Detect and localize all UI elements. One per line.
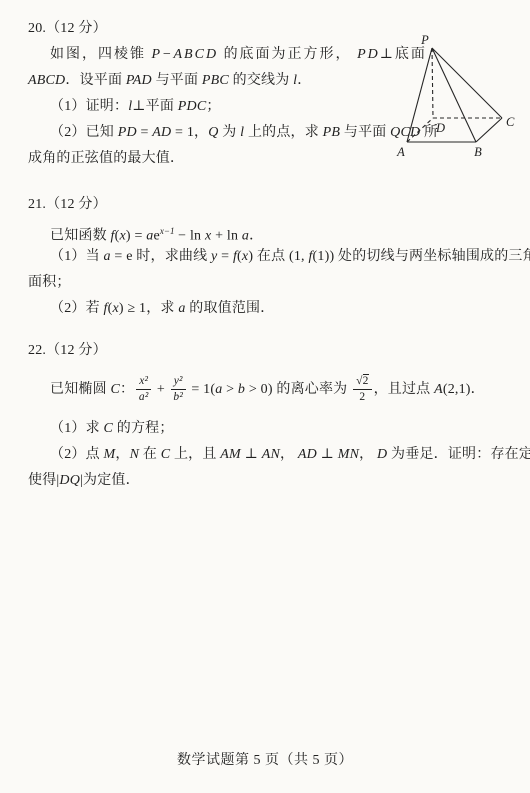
text-run: 为垂足．证明：存在定点 (387, 447, 530, 462)
vertex-label-P: P (420, 33, 429, 47)
problem-22-header: 22.（12 分） (28, 338, 516, 364)
text-run: |为定值． (80, 473, 140, 488)
math-run: PAD (126, 73, 152, 88)
edge-BC (476, 118, 502, 142)
problem-22-line-1: 已知椭圆 C：x²a² + y²b² = 1(a > b > 0) 的离心率为 … (28, 364, 516, 416)
text-run: 为 (219, 125, 241, 140)
text-run: ) 在点 (1, (248, 249, 308, 264)
math-run: AM (220, 447, 241, 462)
text-run: 上，且 (170, 447, 220, 462)
text-run: = (217, 249, 233, 264)
text-run: ) = (126, 229, 146, 244)
text-run: 的取值范围． (186, 301, 275, 316)
edge-PA (407, 48, 432, 142)
text-run: ， (359, 447, 377, 462)
text-run: 已知函数 (50, 229, 111, 244)
text-run: − ln (174, 229, 205, 244)
text-run: 22.（12 分） (28, 343, 107, 358)
problem-21: 21.（12 分） 已知函数 f(x) = aex−1 − ln x + ln … (28, 192, 516, 322)
text-run: ，且过点 (374, 382, 435, 397)
text-run: = 1( (188, 382, 216, 397)
text-run: (2,1)． (443, 382, 485, 397)
math-run: AD (298, 447, 317, 462)
math-run: PBC (202, 73, 229, 88)
math-run: C (111, 382, 121, 397)
math-run: MN (338, 447, 359, 462)
edge-PD (432, 48, 433, 118)
text-run: ⊥平面 (132, 99, 177, 114)
text-run: 20.（12 分） (28, 21, 107, 36)
problem-21-line-3: 面积； (28, 270, 516, 296)
text-run: 与平面 (152, 73, 202, 88)
math-run: AD (152, 125, 171, 140)
text-run: （1）当 (50, 249, 104, 264)
math-run: PDC (178, 99, 207, 114)
text-run: ． (249, 229, 263, 244)
math-run: AN (262, 447, 280, 462)
math-run: ABCD (28, 73, 65, 88)
math-run: D (377, 447, 387, 462)
text-run: （2）若 (50, 301, 104, 316)
text-run: = 1， (171, 125, 208, 140)
text-run: 上的点，求 (244, 125, 322, 140)
math-run: A (434, 382, 443, 397)
pyramid-figure: P A B C D (393, 33, 530, 163)
text-run: 的底面为正方形， (218, 47, 357, 62)
edge-AD (407, 118, 433, 142)
text-run: ， (115, 447, 129, 462)
text-run: ； (206, 99, 220, 114)
edge-PC (432, 48, 502, 118)
text-run: 面积； (28, 275, 71, 290)
text-run: > 0) 的离心率为 (245, 382, 351, 397)
text-run: ．设平面 (65, 73, 126, 88)
math-run: a (104, 249, 111, 264)
text-run: + (153, 382, 169, 397)
fraction: x²a² (136, 375, 151, 404)
text-run: （2）已知 (50, 125, 118, 140)
problem-21-line-4: （2）若 f(x) ≥ 1，求 a 的取值范围． (28, 296, 516, 322)
text-run: + ln (211, 229, 242, 244)
text-run: （1）证明： (50, 99, 128, 114)
math-run: a (242, 229, 249, 244)
text-run: 已知椭圆 (50, 382, 111, 397)
text-run: 使得| (28, 473, 59, 488)
text-run: ) ≥ 1，求 (119, 301, 178, 316)
vertex-label-D: D (435, 121, 445, 135)
text-run: = (137, 125, 153, 140)
text-run: ： (120, 382, 134, 397)
math-run: PB (323, 125, 341, 140)
text-run: 在 (139, 447, 161, 462)
vertex-label-C: C (506, 115, 515, 129)
math-run: M (104, 447, 116, 462)
superscript-run: x−1 (160, 226, 175, 236)
text-run: ， (280, 447, 298, 462)
vertex-label-B: B (474, 145, 482, 159)
problem-22-line-3: （2）点 M，N 在 C 上，且 AM ⊥ AN， AD ⊥ MN， D 为垂足… (28, 442, 516, 468)
math-run: C (161, 447, 171, 462)
math-run: PD (118, 125, 137, 140)
text-run: ⊥ (241, 447, 262, 462)
page-footer: 数学试题第 5 页（共 5 页） (0, 748, 530, 774)
fraction: y²b² (171, 375, 186, 404)
math-run: P−ABCD (152, 47, 219, 62)
text-run: 的交线为 (229, 73, 293, 88)
problem-21-header: 21.（12 分） (28, 192, 516, 218)
math-run: PD (357, 47, 380, 62)
math-run: DQ (59, 473, 80, 488)
problem-22-line-4: 使得|DQ|为定值． (28, 468, 516, 494)
text-run: （2）点 (50, 447, 104, 462)
math-run: N (130, 447, 140, 462)
problem-22: 22.（12 分） 已知椭圆 C：x²a² + y²b² = 1(a > b >… (28, 338, 516, 494)
text-run: 的方程； (113, 421, 174, 436)
problem-22-line-2: （1）求 C 的方程； (28, 416, 516, 442)
vertex-label-A: A (396, 145, 405, 159)
problem-21-line-2: （1）当 a = e 时，求曲线 y = f(x) 在点 (1, f(1)) 处… (28, 244, 516, 270)
math-run: C (104, 421, 114, 436)
text-run: 成角的正弦值的最大值． (28, 151, 184, 166)
text-run: > (222, 382, 238, 397)
text-run: ． (297, 73, 311, 88)
text-run: （1）求 (50, 421, 104, 436)
problem-21-line-1: 已知函数 f(x) = aex−1 − ln x + ln a． (28, 218, 516, 244)
text-run: 21.（12 分） (28, 197, 107, 212)
math-run: Q (208, 125, 218, 140)
text-run: = e 时，求曲线 (111, 249, 211, 264)
sqrt-fraction: √22 (353, 375, 371, 404)
math-run: a (178, 301, 185, 316)
text-run: (1)) 处的切线与两坐标轴围成的三角形的 (313, 249, 530, 264)
text-run: ⊥ (317, 447, 338, 462)
text-run: 如图，四棱锥 (50, 47, 152, 62)
text-run: 与平面 (340, 125, 390, 140)
